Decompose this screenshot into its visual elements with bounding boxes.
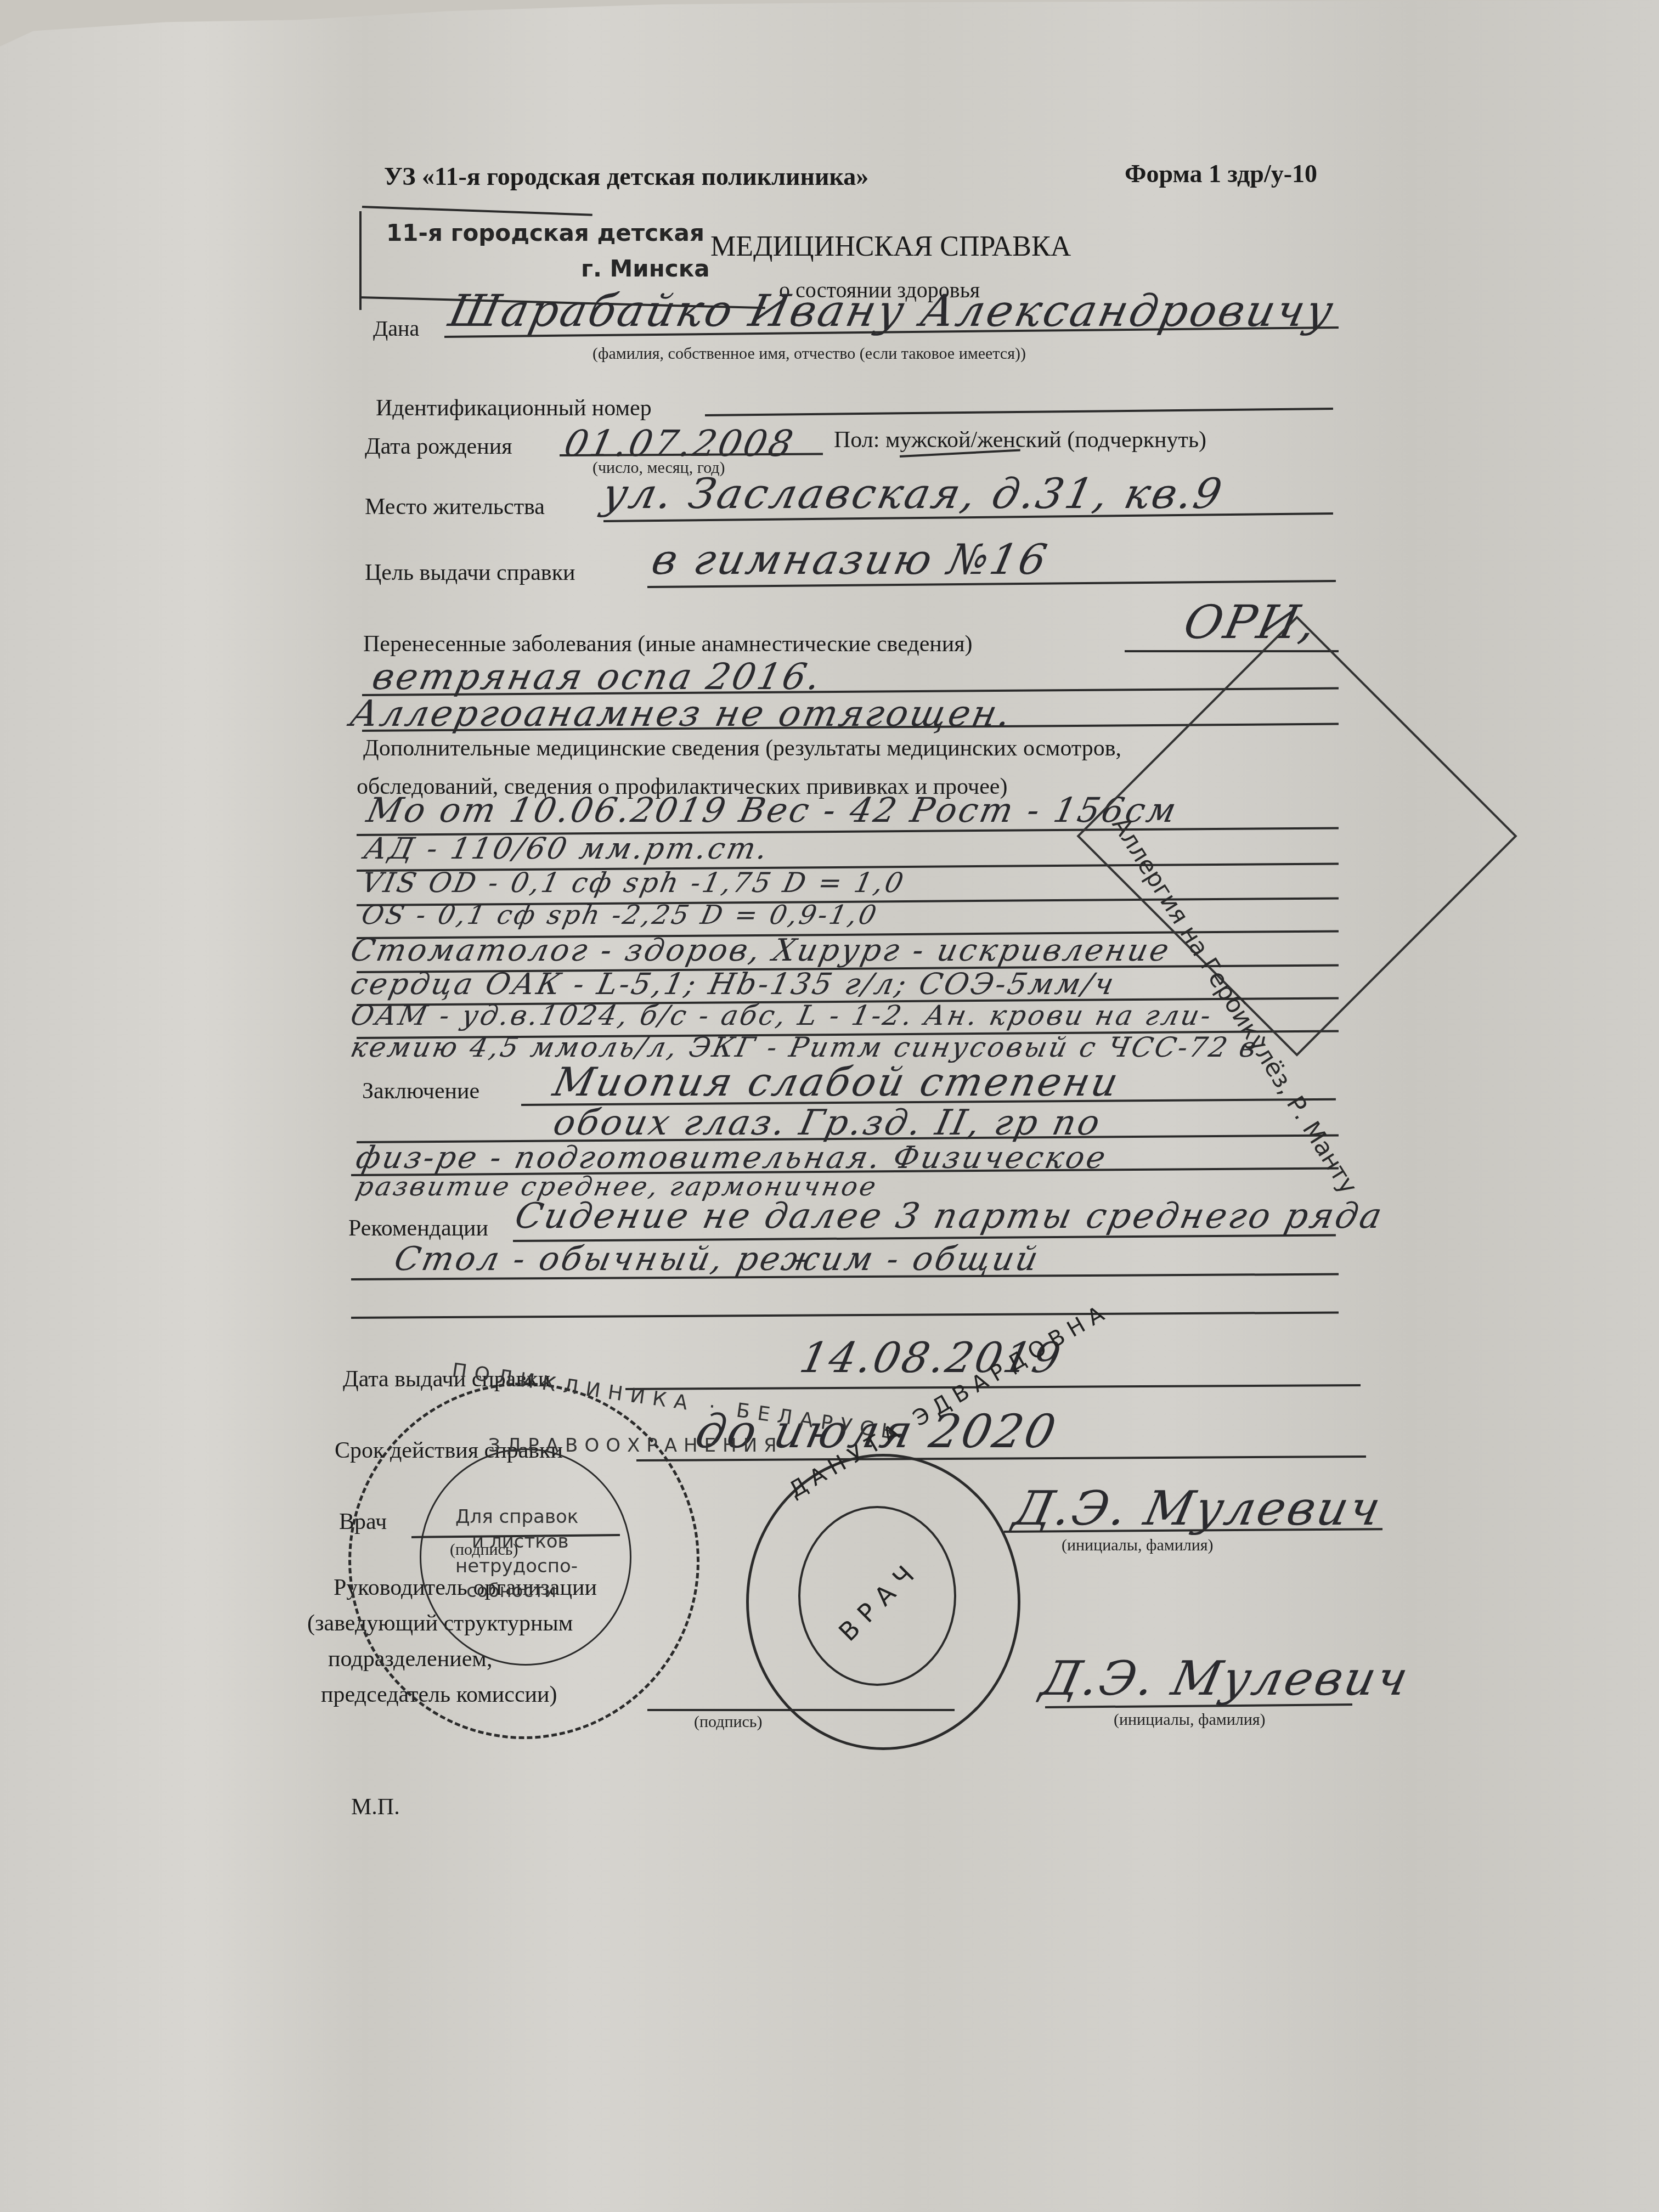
conclusion-line-1: Миопия слабой степени bbox=[549, 1059, 1124, 1105]
recommendations-line-1: Сидение не далее 3 парты среднего ряда bbox=[511, 1196, 1387, 1237]
additional-info-line-3: VIS OD - 0,1 сф sph -1,75 D = 1,0 bbox=[359, 867, 909, 899]
additional-info-line-2: АД - 110/60 мм.рт.ст. bbox=[361, 831, 772, 866]
seal-placeholder-label: М.П. bbox=[351, 1794, 400, 1820]
additional-info-line-1: Мо от 10.06.2019 Вес - 42 Рост - 156см bbox=[363, 790, 1182, 830]
institution-stamp-center-2: и листков bbox=[472, 1531, 569, 1553]
recommendations-line-2: Стол - обычный, режим - общий bbox=[391, 1240, 1044, 1278]
purpose-label: Цель выдачи справки bbox=[365, 560, 575, 586]
id-number-label: Идентификационный номер bbox=[376, 395, 652, 421]
institution-stamp-center-4: собности bbox=[466, 1580, 556, 1602]
corner-stamp-line2: г. Минска bbox=[581, 255, 710, 282]
form-code: Форма 1 здр/у-10 bbox=[1125, 159, 1317, 188]
document-title: МЕДИЦИНСКАЯ СПРАВКА bbox=[710, 230, 1071, 263]
institution-stamp-center-3: нетрудоспо- bbox=[455, 1555, 578, 1577]
residence-label: Место жительства bbox=[365, 494, 545, 520]
additional-info-line-5: Стоматолог - здоров, Хирург - искривлени… bbox=[347, 933, 1174, 968]
additional-info-line-4: OS - 0,1 сф sph -2,25 D = 0,9-1,0 bbox=[359, 900, 881, 930]
recommendations-label: Рекомендации bbox=[348, 1215, 488, 1242]
past-diseases-label: Перенесенные заболевания (иные анамнести… bbox=[363, 631, 973, 657]
residence-value: ул. Заславская, д.31, кв.9 bbox=[599, 469, 1228, 518]
birth-date-label: Дата рождения bbox=[365, 433, 512, 460]
header-organization: УЗ «11-я городская детская поликлиника» bbox=[384, 162, 868, 191]
institution-stamp-middle-text: ЗДРАВООХРАНЕНИЯ bbox=[488, 1435, 783, 1457]
head-name-value: Д.Э. Мулевич bbox=[1036, 1651, 1415, 1706]
issued-to-label: Дана bbox=[373, 315, 419, 341]
additional-info-line-7: ОАМ - уд.в.1024, б/с - абс, L - 1-2. Ан.… bbox=[348, 1000, 1216, 1031]
additional-info-label-1: Дополнительные медицинские сведения (рез… bbox=[363, 735, 1121, 761]
doctor-name-caption: (инициалы, фамилия) bbox=[1062, 1536, 1214, 1555]
conclusion-label: Заключение bbox=[362, 1078, 479, 1104]
head-name-caption: (инициалы, фамилия) bbox=[1114, 1711, 1266, 1729]
corner-stamp-line1: 11-я городская детская bbox=[386, 219, 704, 246]
head-signature-caption: (подпись) bbox=[694, 1713, 763, 1731]
issued-to-caption: (фамилия, собственное имя, отчество (есл… bbox=[592, 345, 1026, 363]
institution-stamp-center-1: Для справок bbox=[455, 1506, 578, 1528]
purpose-value: в гимназию №16 bbox=[648, 535, 1053, 584]
additional-info-line-6: сердца ОАК - L-5,1; Hb-135 г/л; СОЭ-5мм/… bbox=[347, 967, 1119, 1001]
